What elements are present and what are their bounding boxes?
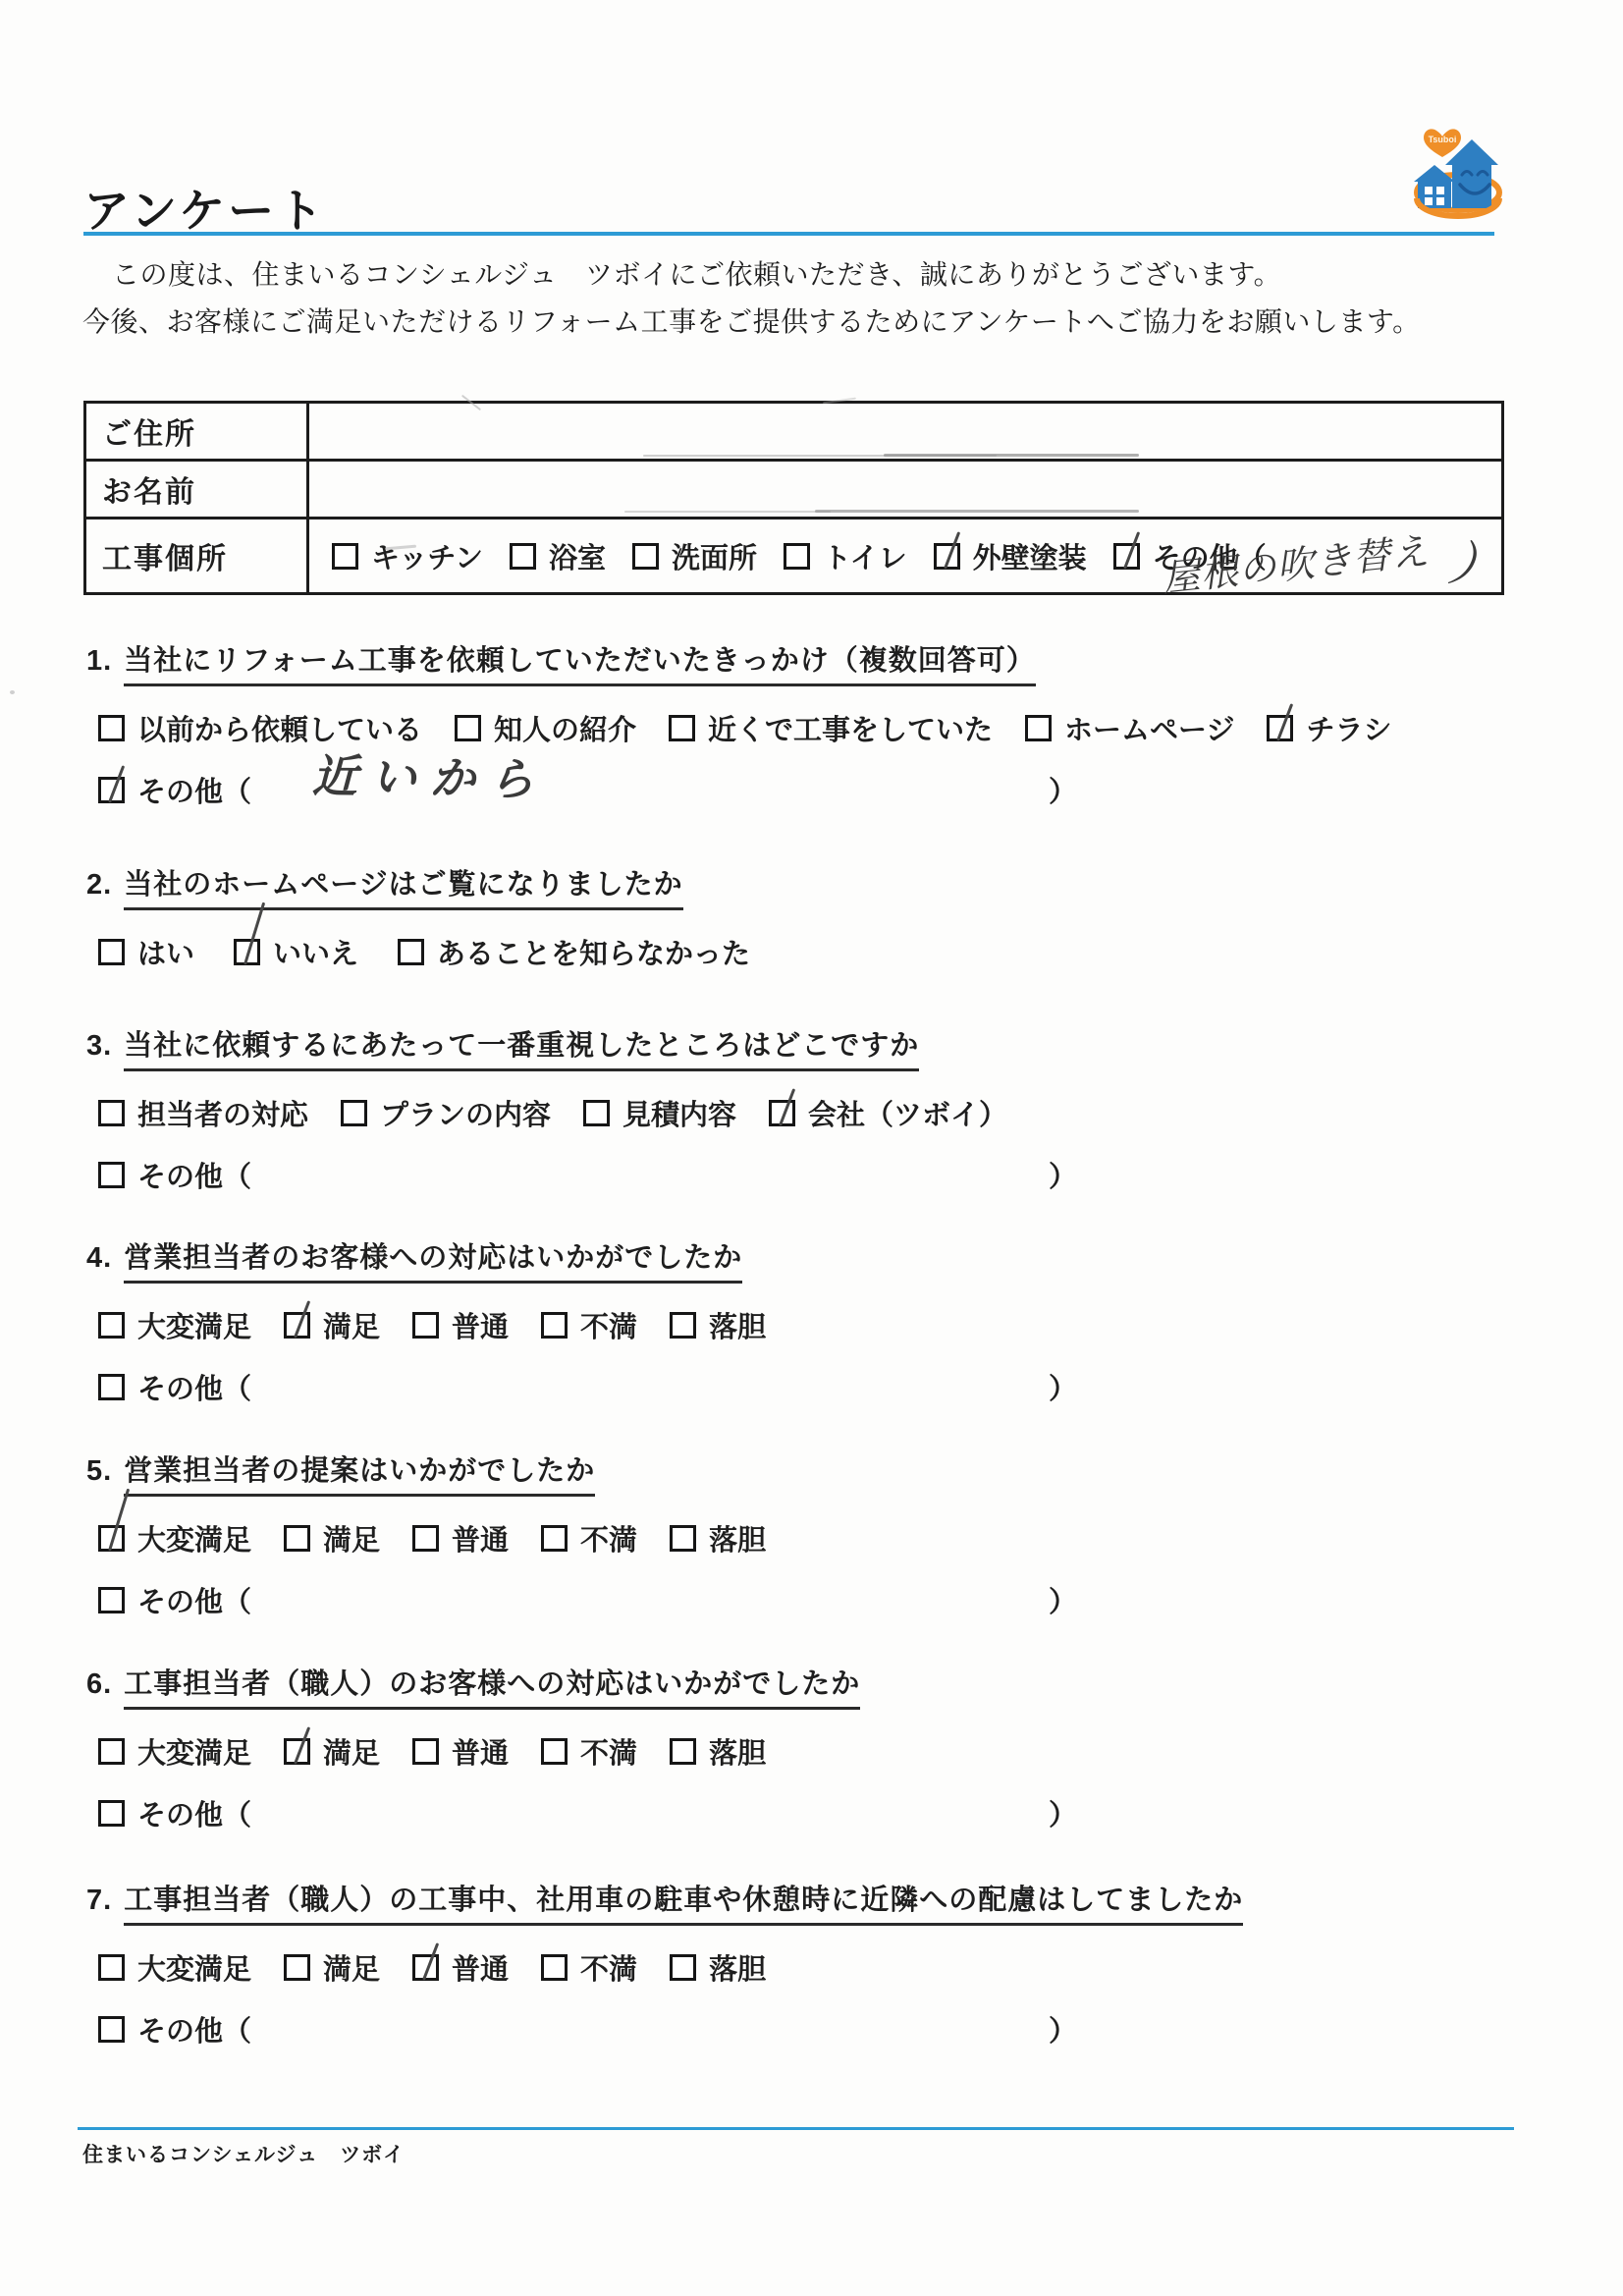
option-other: その他（ [98,1793,251,1833]
option: 担当者の対応 [98,1093,308,1133]
checkbox[interactable] [234,939,260,965]
table-row: お名前 [85,461,1503,519]
scan-artifact [815,510,1139,513]
option-label: 洗面所 [672,536,757,576]
checkbox-other[interactable] [98,1162,125,1188]
close-paren: ） [1049,1580,1077,1620]
checkbox[interactable] [670,1738,696,1765]
question-number: 7. [86,1885,112,1916]
option-label: 大変満足 [137,1731,251,1772]
option: 落胆 [670,1947,766,1988]
question-title: 工事担当者（職人）の工事中、社用車の駐車や休憩時に近隣への配慮はしてましたか [124,1885,1243,1926]
close-paren: ） [1049,1155,1077,1195]
option: プランの内容 [341,1093,551,1133]
question-6-other-row: その他（ ） [98,1793,1080,1833]
question-title: 当社にリフォーム工事を依頼していただいたきっかけ（複数回答可） [124,645,1036,686]
option-label: ホームページ [1064,708,1234,748]
question-3-options: 担当者の対応 プランの内容 見積内容 会社（ツボイ） [98,1093,1540,1133]
checkbox[interactable] [398,939,424,965]
title-underline [83,232,1494,236]
option: 近くで工事をしていた [669,708,993,748]
question-5-other-row: その他（ ） [98,1580,1080,1620]
question-5-header: 5.営業担当者の提案はいかがでしたか [86,1449,1540,1489]
option: 大変満足 [98,1947,251,1988]
checkbox[interactable] [541,1525,568,1552]
question-1: 1.当社にリフォーム工事を依頼していただいたきっかけ（複数回答可） 以前から依頼… [86,638,1540,810]
question-title: 営業担当者のお客様への対応はいかがでしたか [124,1242,742,1284]
question-number: 5. [86,1455,112,1487]
checkbox[interactable] [284,1954,310,1981]
question-2-header: 2.当社のホームページはご覧になりましたか [86,862,1540,902]
name-label: お名前 [85,461,308,519]
question-1-other-row: その他（ 近いから ） [98,770,1080,810]
option-label: その他（ [137,2009,251,2050]
option: 普通 [412,1947,509,1988]
question-number: 4. [86,1242,112,1274]
option: 落胆 [670,1518,766,1558]
checkbox[interactable] [670,1954,696,1981]
option: 不満 [541,1305,637,1345]
question-7-header: 7.工事担当者（職人）の工事中、社用車の駐車や休憩時に近隣への配慮はしてましたか [86,1878,1540,1918]
logo-heart-text: Tsuboi [1429,135,1457,144]
footer-company-name: 住まいるコンシェルジュ ツボイ [82,2139,405,2168]
checkbox-toilet[interactable] [784,543,810,570]
question-4-other-row: その他（ ） [98,1367,1080,1407]
checkbox[interactable] [98,1525,125,1552]
address-label: ご住所 [85,403,308,461]
option-label: 大変満足 [137,1305,251,1345]
option: チラシ [1267,708,1391,748]
footer-rule [78,2127,1514,2130]
option-label: 不満 [580,1731,637,1772]
option-other: その他（ [98,770,251,810]
checkbox[interactable] [541,1312,568,1339]
close-paren: ） [1049,770,1077,810]
option-label: 担当者の対応 [137,1093,308,1133]
option: 普通 [412,1731,509,1772]
option-label: 外壁塗装 [973,536,1087,576]
option: 大変満足 [98,1731,251,1772]
option-label: 知人の紹介 [494,708,636,748]
option-label: 近くで工事をしていた [708,708,993,748]
question-7-other-row: その他（ ） [98,2009,1080,2050]
option-washroom: 洗面所 [632,536,757,576]
close-paren: ） [1049,2009,1077,2050]
scan-artifact [884,454,1139,457]
checkbox-exterior-paint[interactable] [934,543,960,570]
option-label: 満足 [323,1518,380,1558]
option: 落胆 [670,1305,766,1345]
question-4-header: 4.営業担当者のお客様への対応はいかがでしたか [86,1235,1540,1276]
question-title: 当社に依頼するにあたって一番重視したところはどこですか [124,1030,919,1071]
checkbox-other[interactable] [98,2016,125,2043]
checkbox[interactable] [670,1312,696,1339]
checkbox-other[interactable] [98,1374,125,1400]
checkbox-other[interactable] [98,1800,125,1827]
option-label: 落胆 [709,1947,766,1988]
option-kitchen: キッチン [332,536,483,576]
option: ホームページ [1025,708,1234,748]
option: 大変満足 [98,1518,251,1558]
option-label: 大変満足 [137,1518,251,1558]
option-label: いいえ [273,932,358,972]
address-field[interactable] [308,403,1503,461]
option-label: 普通 [452,1731,509,1772]
option-label: キッチン [371,536,483,576]
question-3-header: 3.当社に依頼するにあたって一番重視したところはどこですか [86,1023,1540,1064]
checkbox[interactable] [769,1100,795,1126]
work-location-label: 工事個所 [85,519,308,594]
question-2-options: はい いいえ あることを知らなかった [98,932,1540,972]
checkbox[interactable] [98,1954,125,1981]
option-label: 満足 [323,1305,380,1345]
option-toilet: トイレ [784,536,907,576]
question-1-header: 1.当社にリフォーム工事を依頼していただいたきっかけ（複数回答可） [86,638,1540,679]
checkbox[interactable] [98,1738,125,1765]
option-label: 不満 [580,1947,637,1988]
company-logo: Tsuboi [1407,126,1509,228]
question-2: 2.当社のホームページはご覧になりましたか はい いいえ あることを知らなかった [86,862,1540,972]
option-label: その他（ [137,1367,251,1407]
checkbox[interactable] [669,715,695,741]
intro-line-1: この度は、住まいるコンシェルジュ ツボイにご依頼いただき、誠にありがとうございま… [112,253,1281,293]
option: はい [98,932,194,972]
option: 落胆 [670,1731,766,1772]
question-title: 営業担当者の提案はいかがでしたか [124,1455,595,1497]
checkbox[interactable] [455,715,481,741]
option-other: その他（ [98,1367,251,1407]
question-number: 6. [86,1668,112,1700]
option: 不満 [541,1947,637,1988]
question-number: 2. [86,869,112,901]
option-label: プランの内容 [380,1093,551,1133]
option-label: 見積内容 [622,1093,736,1133]
option: 見積内容 [583,1093,736,1133]
checkbox[interactable] [284,1738,310,1765]
checkbox[interactable] [98,715,125,741]
question-number: 1. [86,645,112,677]
option-other: その他（ [98,1580,251,1620]
question-7: 7.工事担当者（職人）の工事中、社用車の駐車や休憩時に近隣への配慮はしてましたか… [86,1878,1540,2050]
option-label: 不満 [580,1518,637,1558]
checkbox[interactable] [541,1954,568,1981]
checkbox[interactable] [412,1312,439,1339]
checkbox[interactable] [284,1525,310,1552]
option-label: 浴室 [549,536,606,576]
close-paren: ） [1049,1793,1077,1833]
option: いいえ [234,932,358,972]
checkbox[interactable] [412,1525,439,1552]
intro-line-2: 今後、お客様にご満足いただけるリフォーム工事をご提供するためにアンケートへご協力… [82,301,1421,340]
question-number: 3. [86,1030,112,1062]
option: 普通 [412,1518,509,1558]
checkbox[interactable] [1025,715,1052,741]
checkbox[interactable] [284,1312,310,1339]
survey-page: アンケート Tsuboi この度は、住まいるコンシェルジュ ツボイにご依頼いただ… [0,0,1623,2296]
question-6-options: 大変満足 満足 普通 不満 落胆 [98,1731,1540,1772]
checkbox-kitchen[interactable] [332,543,358,570]
checkbox[interactable] [98,1312,125,1339]
question-3: 3.当社に依頼するにあたって一番重視したところはどこですか 担当者の対応 プラン… [86,1023,1540,1195]
table-row: ご住所 [85,403,1503,461]
checkbox-washroom[interactable] [632,543,659,570]
question-4: 4.営業担当者のお客様への対応はいかがでしたか 大変満足 満足 普通 不満 落胆… [86,1235,1540,1407]
option: 不満 [541,1518,637,1558]
option: 大変満足 [98,1305,251,1345]
option: 会社（ツボイ） [769,1093,1007,1133]
option: 知人の紹介 [455,708,636,748]
option-label: その他（ [137,1155,251,1195]
checkbox[interactable] [670,1525,696,1552]
option-label: 普通 [452,1518,509,1558]
close-paren: ） [1049,1367,1077,1407]
question-5: 5.営業担当者の提案はいかがでしたか 大変満足 満足 普通 不満 落胆 その他（… [86,1449,1540,1620]
option-label: その他（ [137,1793,251,1833]
option-label: 会社（ツボイ） [808,1093,1007,1133]
question-4-options: 大変満足 満足 普通 不満 落胆 [98,1305,1540,1345]
question-title: 工事担当者（職人）のお客様への対応はいかがでしたか [124,1668,860,1710]
checkbox[interactable] [412,1954,439,1981]
option-label: トイレ [823,536,907,576]
checkbox-other[interactable] [1113,543,1140,570]
option-label: 大変満足 [137,1947,251,1988]
option-label: 満足 [323,1947,380,1988]
option: 満足 [284,1518,380,1558]
option-label: 落胆 [709,1305,766,1345]
option: 普通 [412,1305,509,1345]
scan-artifact [10,690,15,694]
option: あることを知らなかった [398,932,750,972]
checkbox-bath[interactable] [510,543,536,570]
option-label: はい [137,932,194,972]
handwritten-answer: 近いから [311,740,548,809]
question-title: 当社のホームページはご覧になりましたか [124,869,682,910]
option-label: あることを知らなかった [437,932,750,972]
scan-artifact [624,511,831,513]
option-other: その他（ [98,1155,251,1195]
question-6: 6.工事担当者（職人）のお客様への対応はいかがでしたか 大変満足 満足 普通 不… [86,1662,1540,1833]
checkbox[interactable] [541,1738,568,1765]
checkbox[interactable] [341,1100,367,1126]
option: 満足 [284,1947,380,1988]
option-exterior-paint: 外壁塗装 [934,536,1087,576]
option: 不満 [541,1731,637,1772]
option-label: 満足 [323,1731,380,1772]
option-label: その他（ [137,770,251,810]
checkbox[interactable] [1267,715,1293,741]
checkbox[interactable] [583,1100,610,1126]
page-title: アンケート [83,175,326,241]
question-3-other-row: その他（ ） [98,1155,1080,1195]
option-bath: 浴室 [510,536,606,576]
option-label: 普通 [452,1947,509,1988]
option-other: その他（ [98,2009,251,2050]
option-label: 普通 [452,1305,509,1345]
checkbox-other[interactable] [98,777,125,803]
question-7-options: 大変満足 満足 普通 不満 落胆 [98,1947,1540,1988]
option: 満足 [284,1731,380,1772]
option-label: その他（ [137,1580,251,1620]
question-6-header: 6.工事担当者（職人）のお客様への対応はいかがでしたか [86,1662,1540,1702]
option-label: 落胆 [709,1518,766,1558]
checkbox[interactable] [412,1738,439,1765]
checkbox-other[interactable] [98,1587,125,1613]
checkbox[interactable] [98,1100,125,1126]
checkbox[interactable] [98,939,125,965]
option-label: 落胆 [709,1731,766,1772]
option: 満足 [284,1305,380,1345]
question-5-options: 大変満足 満足 普通 不満 落胆 [98,1518,1540,1558]
option-label: 不満 [580,1305,637,1345]
option-label: チラシ [1306,708,1391,748]
